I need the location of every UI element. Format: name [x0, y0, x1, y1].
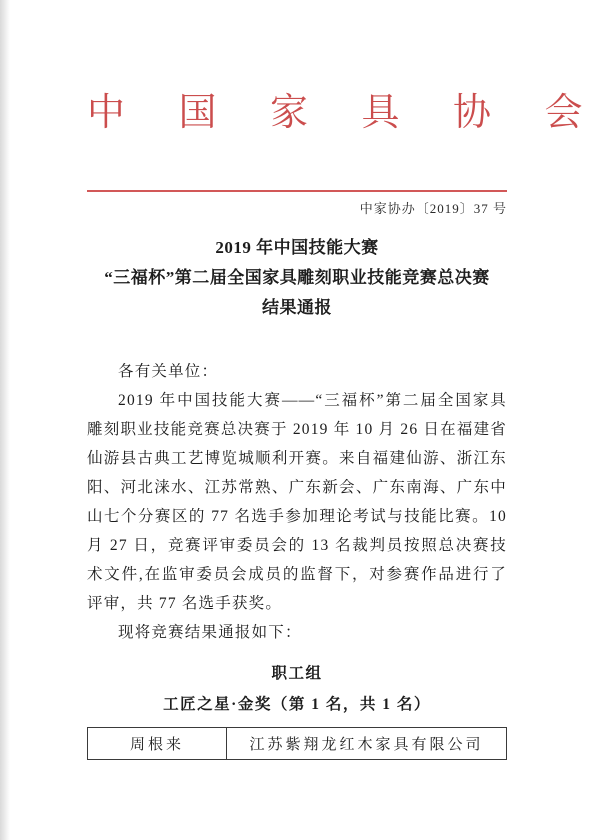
document-title-line-1: 2019 年中国技能大赛	[87, 233, 507, 263]
document-title: 2019 年中国技能大赛 “三福杯”第二届全国家具雕刻职业技能竞赛总决赛 结果通…	[87, 233, 507, 323]
document-page: 中 国 家 具 协 会 中家协办〔2019〕37 号 2019 年中国技能大赛 …	[0, 0, 594, 840]
header-divider-rule	[87, 190, 507, 192]
body-paragraph-1: 2019 年中国技能大赛——“三福杯”第二届全国家具雕刻职业技能竞赛总决赛于 2…	[87, 386, 507, 618]
award-heading: 工匠之星·金奖（第 1 名，共 1 名）	[87, 690, 507, 720]
document-title-line-3: 结果通报	[87, 293, 507, 323]
document-number: 中家协办〔2019〕37 号	[87, 198, 507, 217]
organization-title: 中 国 家 具 协 会	[87, 90, 529, 136]
winner-company-cell: 江苏紫翔龙红木家具有限公司	[227, 728, 507, 760]
winner-name-cell: 周根来	[88, 728, 227, 760]
salutation-line: 各有关单位：	[87, 357, 507, 386]
group-heading: 职工组	[87, 659, 507, 689]
document-title-line-2: “三福杯”第二届全国家具雕刻职业技能竞赛总决赛	[87, 263, 507, 293]
document-body: 各有关单位： 2019 年中国技能大赛——“三福杯”第二届全国家具雕刻职业技能竞…	[87, 357, 507, 647]
body-paragraph-2: 现将竞赛结果通报如下：	[87, 618, 507, 647]
document-content: 中 国 家 具 协 会 中家协办〔2019〕37 号 2019 年中国技能大赛 …	[87, 0, 507, 760]
winners-table: 周根来 江苏紫翔龙红木家具有限公司	[87, 727, 507, 760]
table-row: 周根来 江苏紫翔龙红木家具有限公司	[88, 728, 507, 760]
